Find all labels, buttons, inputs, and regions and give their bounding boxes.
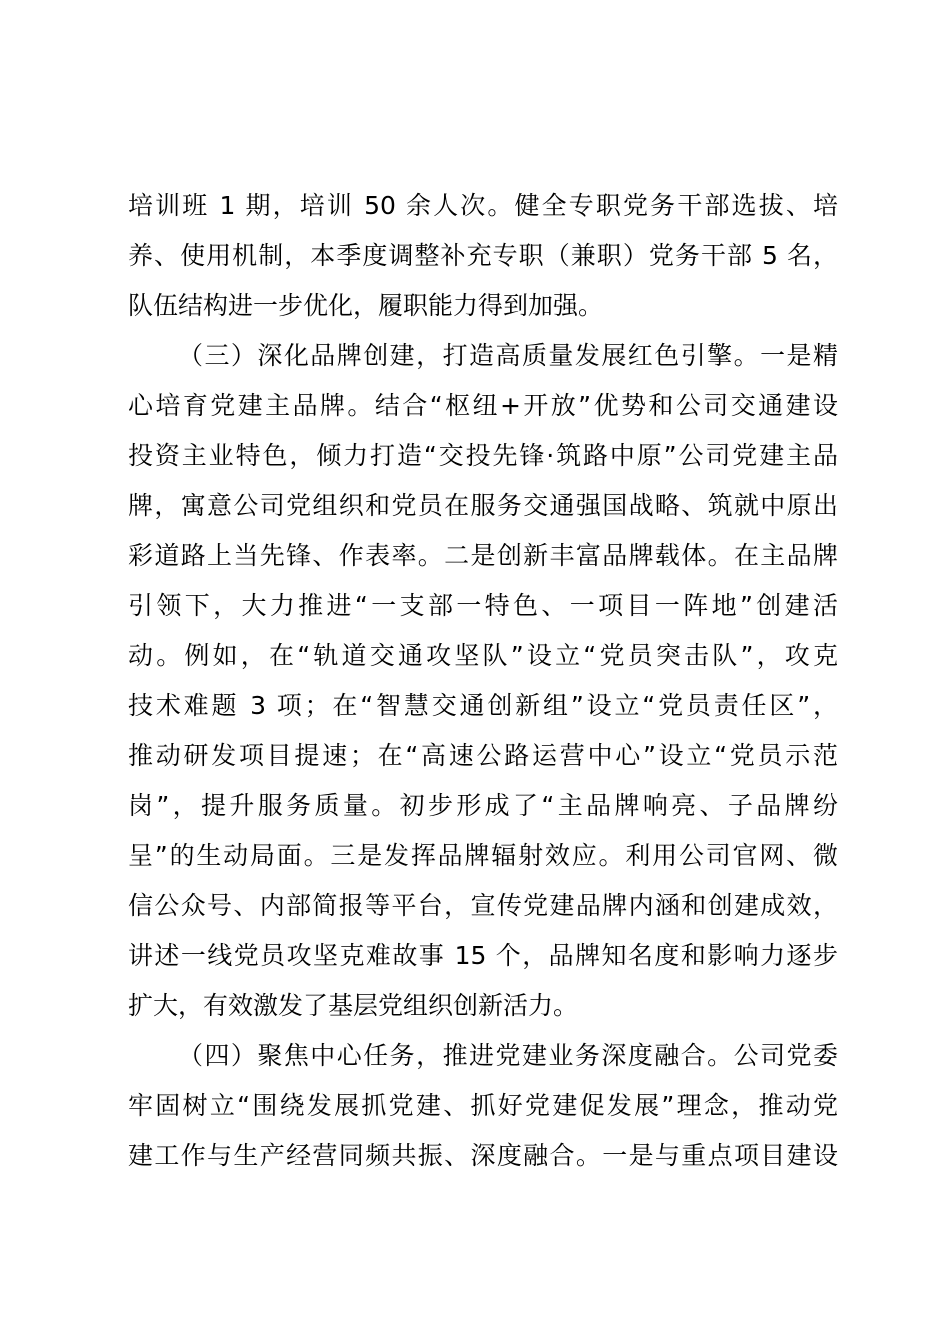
text-line: 建工作与生产经营同频共振、深度融合。一是与重点项目建设 [128,1131,838,1181]
document-page: 培训班 1 期，培训 50 余人次。健全专职党务干部选拔、培 养、使用机制，本季… [0,0,950,1344]
text-line: 养、使用机制，本季度调整补充专职（兼职）党务干部 5 名， [128,231,838,281]
text-line: 呈”的生动局面。三是发挥品牌辐射效应。利用公司官网、微 [128,831,838,881]
text-line: 技术难题 3 项；在“智慧交通创新组”设立“党员责任区”， [128,681,838,731]
text-line: 牌，寓意公司党组织和党员在服务交通强国战略、筑就中原出 [128,481,838,531]
text-line: 彩道路上当先锋、作表率。二是创新丰富品牌载体。在主品牌 [128,531,838,581]
section-heading-line: （三）深化品牌创建，打造高质量发展红色引擎。一是精 [178,331,838,381]
text-line: 心培育党建主品牌。结合“枢纽+开放”优势和公司交通建设 [128,381,838,431]
text-line: 动。例如，在“轨道交通攻坚队”设立“党员突击队”，攻克 [128,631,838,681]
text-line: 扩大，有效激发了基层党组织创新活力。 [128,981,838,1031]
text-line: 讲述一线党员攻坚克难故事 15 个，品牌知名度和影响力逐步 [128,931,838,981]
text-line: 培训班 1 期，培训 50 余人次。健全专职党务干部选拔、培 [128,181,838,231]
text-line: 牢固树立“围绕发展抓党建、抓好党建促发展”理念，推动党 [128,1081,838,1131]
text-line: 投资主业特色，倾力打造“交投先锋·筑路中原”公司党建主品 [128,431,838,481]
text-line: 岗”，提升服务质量。初步形成了“主品牌响亮、子品牌纷 [128,781,838,831]
text-line: 信公众号、内部简报等平台，宣传党建品牌内涵和创建成效， [128,881,838,931]
text-line: 推动研发项目提速；在“高速公路运营中心”设立“党员示范 [128,731,838,781]
text-line: 队伍结构进一步优化，履职能力得到加强。 [128,281,838,331]
text-line: 引领下，大力推进“一支部一特色、一项目一阵地”创建活 [128,581,838,631]
section-heading-line: （四）聚焦中心任务，推进党建业务深度融合。公司党委 [178,1031,838,1081]
